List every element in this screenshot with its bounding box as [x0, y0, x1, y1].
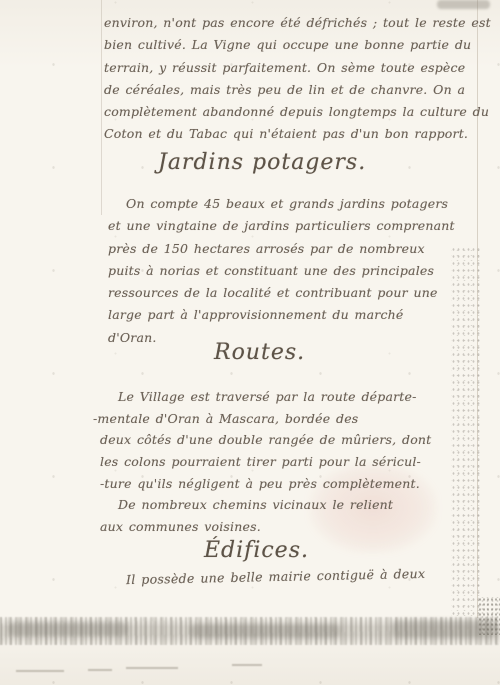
jardins-paragraph: On compte 45 beaux et grands jardins pot… [108, 193, 455, 349]
section-heading-routes: Routes. [214, 340, 305, 365]
manuscript-line: et une vingtaine de jardins particuliers… [108, 215, 455, 237]
manuscript-line: les colons pourraient tirer parti pour l… [100, 451, 431, 473]
manuscript-line: environ, n'ont pas encore été défrichés … [104, 12, 491, 34]
scanned-manuscript-page: environ, n'ont pas encore été défrichés … [0, 0, 500, 685]
manuscript-line: puits à norias et constituant une des pr… [108, 260, 455, 282]
noise-blob [8, 622, 128, 636]
pencil-dash [232, 664, 262, 666]
manuscript-line: aux communes voisines. [100, 516, 431, 538]
top-right-smudge [437, 0, 490, 9]
manuscript-line: On compte 45 beaux et grands jardins pot… [108, 193, 455, 215]
section-heading-jardins-potagers: Jardins potagers. [158, 150, 366, 175]
routes-paragraph: Le Village est traversé par la route dép… [100, 386, 431, 538]
noise-blob [392, 620, 496, 638]
manuscript-line: deux côtés d'une double rangée de mûrier… [100, 429, 431, 451]
continuation-paragraph: environ, n'ont pas encore été défrichés … [104, 12, 491, 146]
section-heading-edifices: Édifices. [204, 538, 309, 563]
manuscript-line: terrain, y réussit parfaitement. On sème… [104, 57, 491, 79]
manuscript-line: -mentale d'Oran à Mascara, bordée des [93, 408, 431, 430]
manuscript-line: De nombreux chemins vicinaux le relient [100, 494, 431, 516]
manuscript-line: Coton et du Tabac qui n'étaient pas d'un… [104, 123, 491, 145]
noise-blob [190, 624, 340, 638]
right-stipple-band [451, 246, 480, 618]
edifices-first-line: Il possède une belle mairie contiguë à d… [126, 566, 426, 587]
manuscript-line: près de 150 hectares arrosés par de nomb… [108, 238, 455, 260]
pencil-dash [126, 667, 178, 669]
manuscript-line: ressources de la localité et contribuant… [108, 282, 455, 304]
manuscript-line: large part à l'approvisionnement du marc… [108, 304, 455, 326]
pencil-dash [88, 669, 112, 671]
pencil-dash [16, 670, 64, 672]
left-margin-crease [101, 0, 102, 215]
manuscript-line: Le Village est traversé par la route dép… [100, 386, 431, 408]
manuscript-line: bien cultivé. La Vigne qui occupe une bo… [104, 34, 491, 56]
manuscript-line: complètement abandonné depuis longtemps … [104, 101, 491, 123]
manuscript-line: -ture qu'ils négligent à peu près complè… [100, 473, 431, 495]
manuscript-line: de céréales, mais très peu de lin et de … [104, 79, 491, 101]
